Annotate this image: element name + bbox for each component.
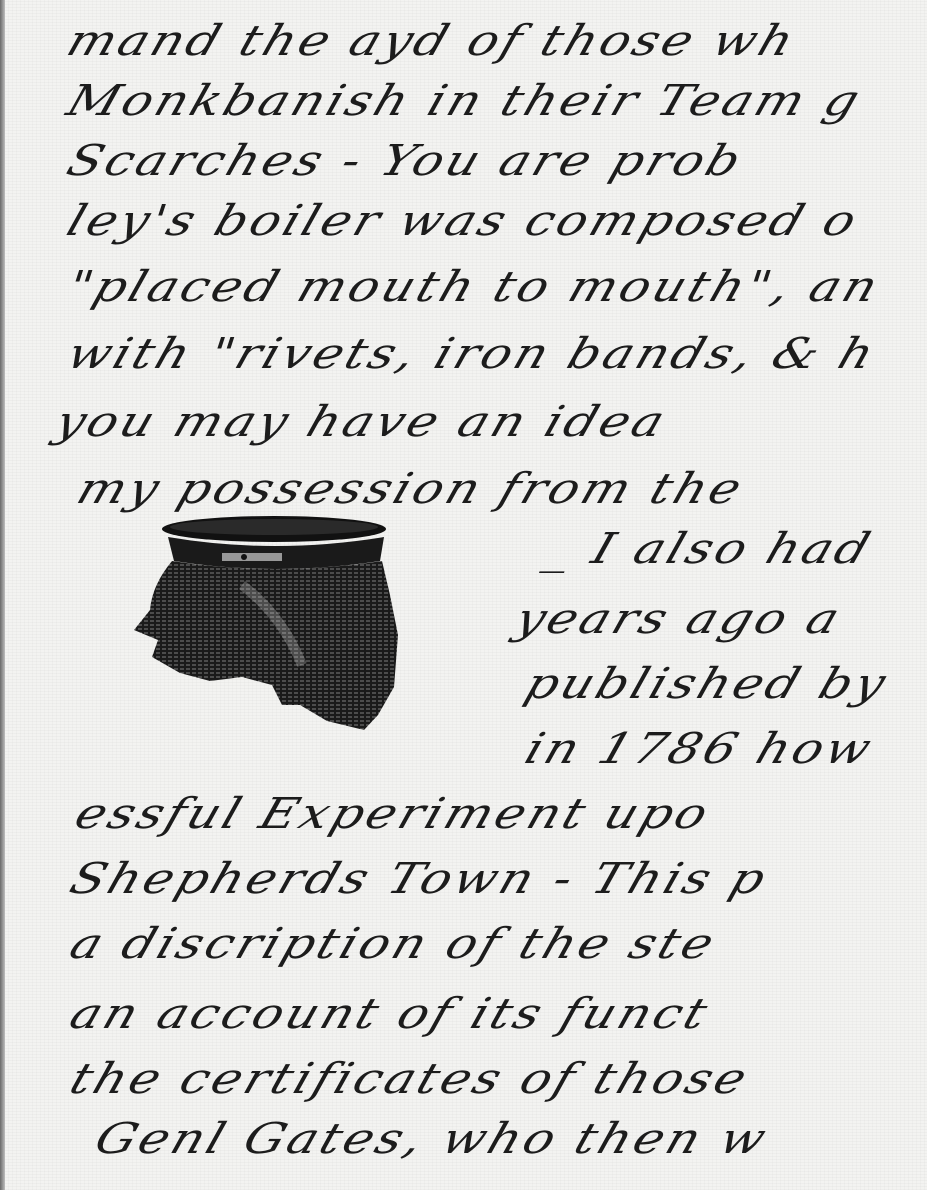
handwritten-line: published by	[520, 663, 894, 706]
handwritten-line: Scarches - You are prob	[62, 140, 749, 183]
manuscript-page: mand the ayd of those whMonkbanish in th…	[0, 0, 927, 1190]
handwritten-line: Monkbanish in their Team g	[62, 80, 867, 123]
handwritten-line: my possession from the	[72, 468, 750, 511]
handwritten-line: years ago a	[510, 598, 848, 641]
handwritten-line: in 1786 how	[520, 728, 879, 771]
handwritten-line: ley's boiler was composed o	[62, 200, 864, 243]
handwritten-line: a discription of the ste	[65, 923, 722, 966]
handwritten-line: "placed mouth to mouth", an	[62, 266, 886, 309]
scan-edge	[0, 0, 5, 1190]
handwritten-line: _ I also had	[540, 528, 878, 571]
handwritten-line: Genl Gates, who then w	[90, 1118, 774, 1161]
handwritten-line: with "rivets, iron bands, & h	[62, 333, 882, 376]
handwritten-line: essful Experiment upo	[70, 793, 716, 836]
pot-illustration	[132, 515, 402, 730]
handwritten-line: mand the ayd of those wh	[62, 19, 802, 62]
handwritten-line: the certificates of those	[65, 1058, 755, 1101]
handwritten-line: an account of its funct	[65, 993, 715, 1036]
handwritten-line: Shepherds Town - This p	[65, 858, 773, 901]
handwritten-line: you may have an idea	[50, 401, 673, 444]
